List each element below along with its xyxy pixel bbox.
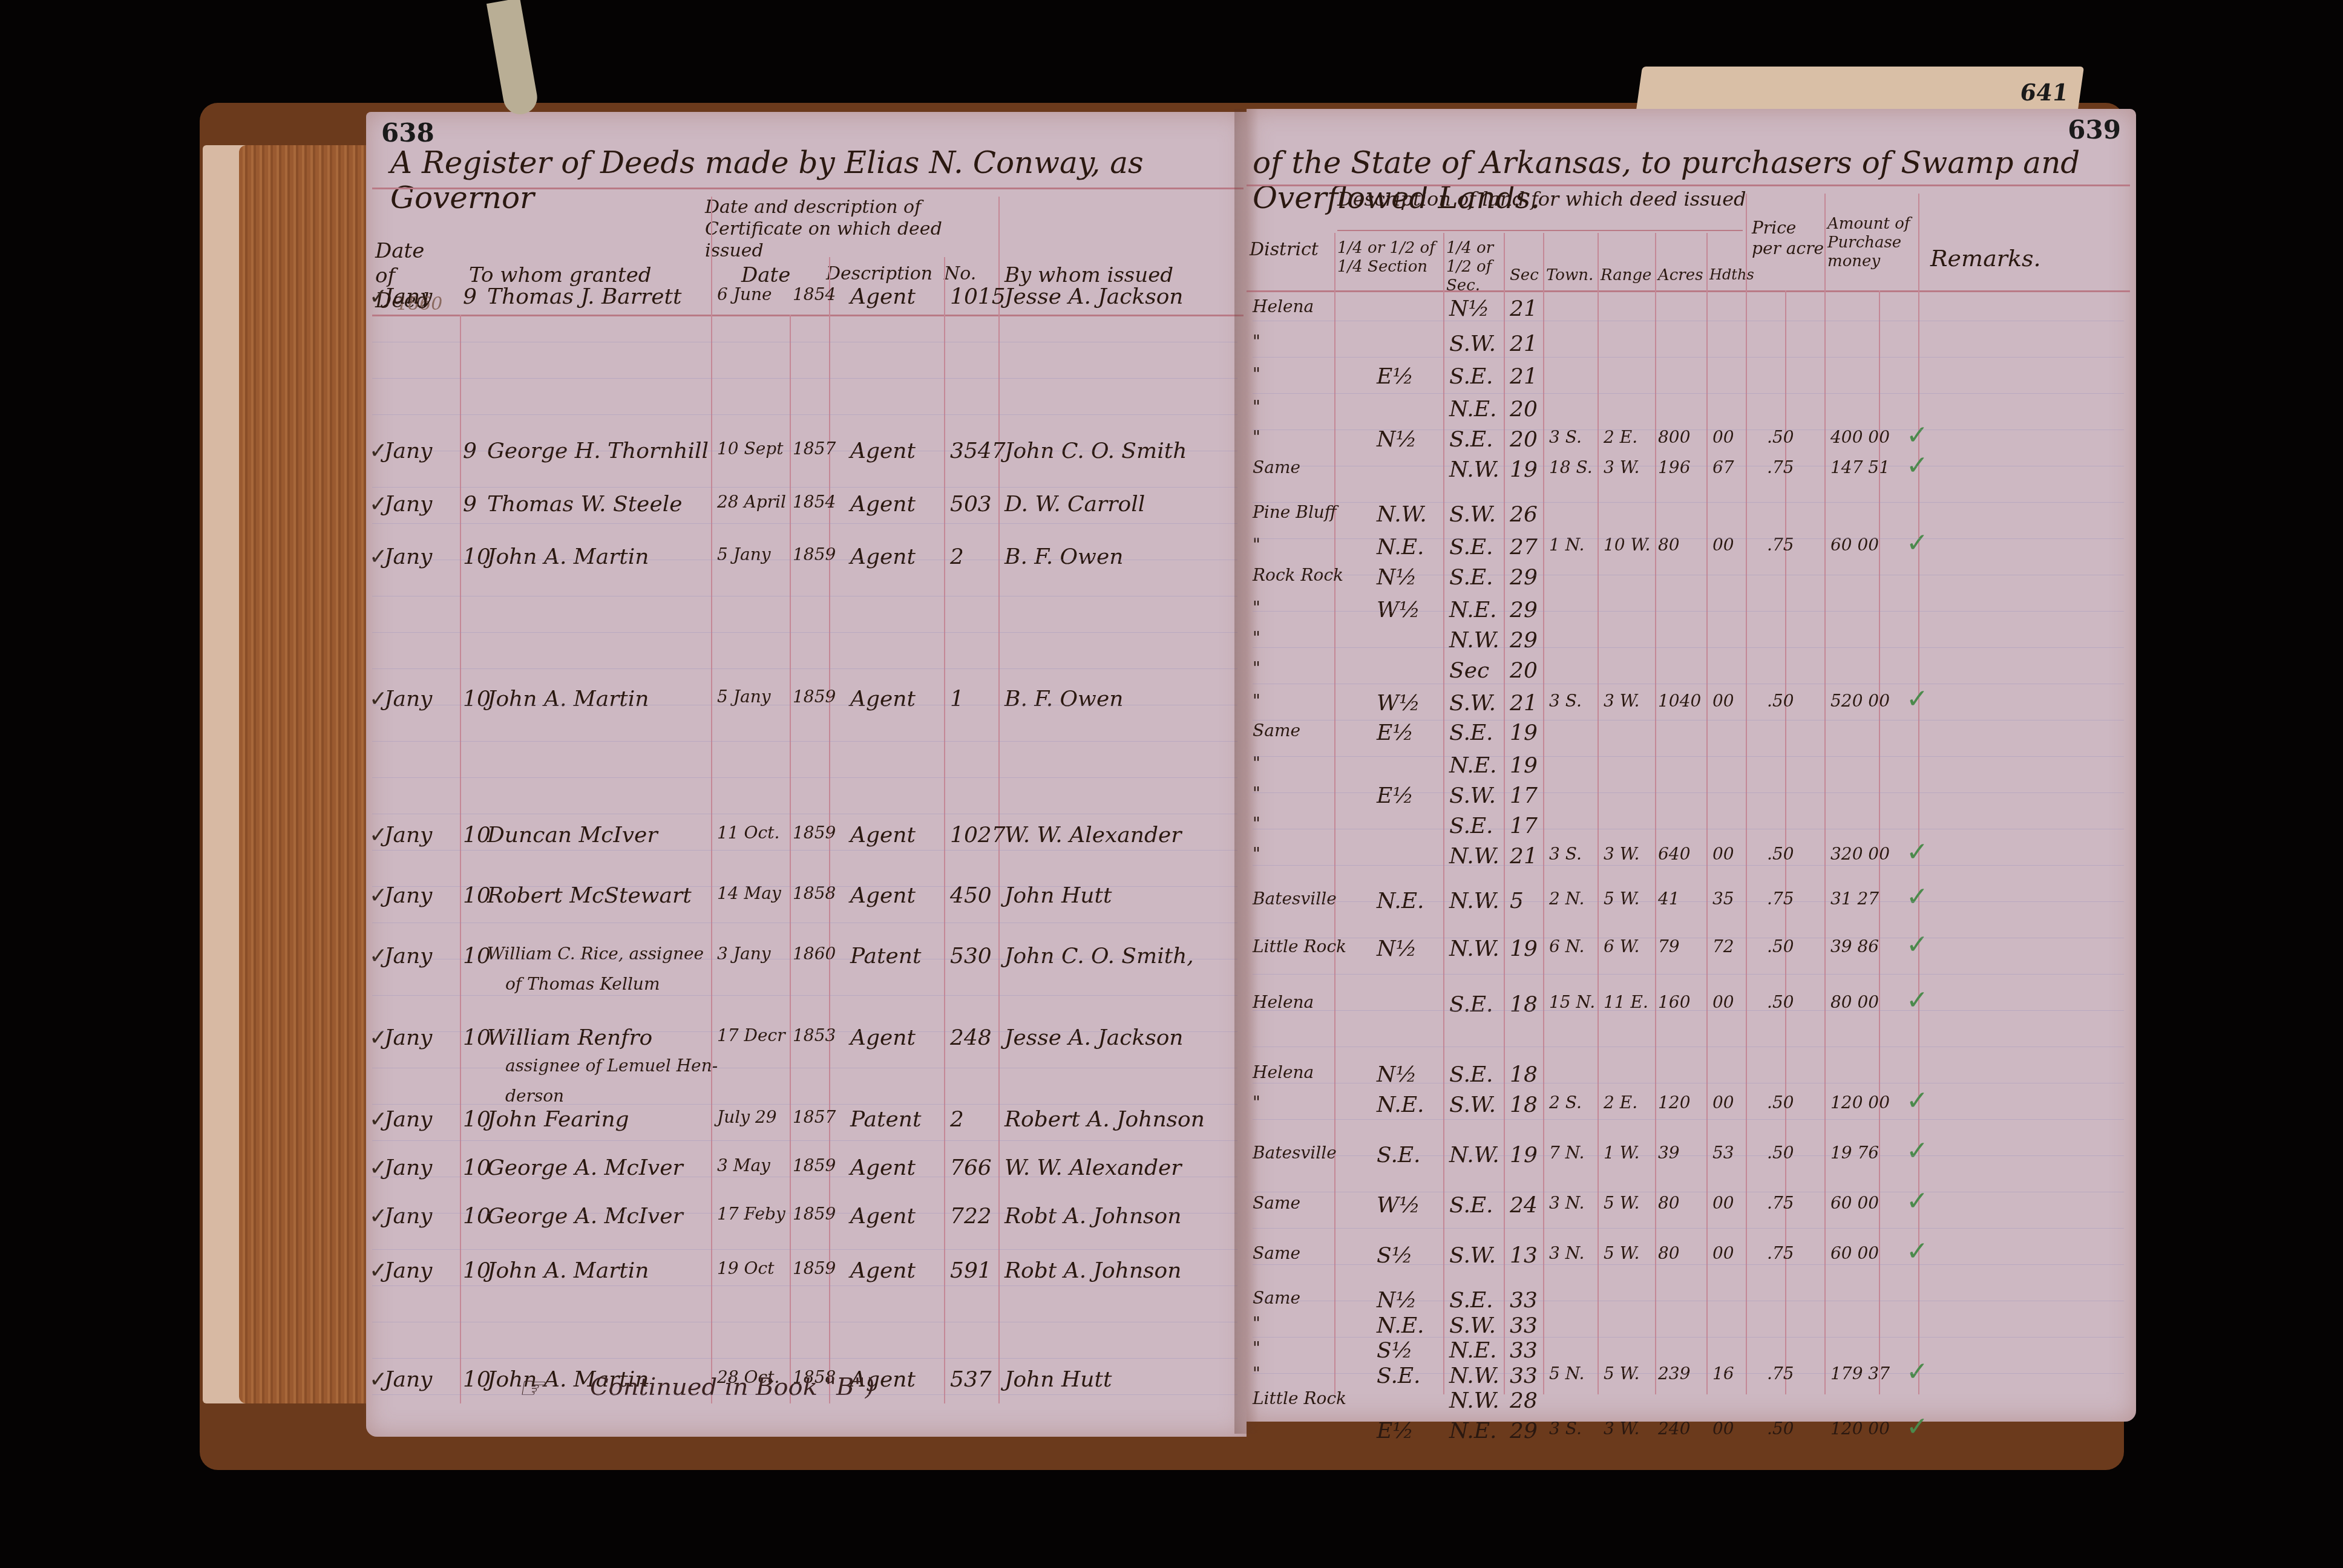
quarter-of-section: S.W.	[1449, 691, 1496, 716]
ruled-line	[372, 487, 1237, 488]
price-per-acre: .50	[1767, 844, 1794, 864]
green-check-icon: ✓	[1906, 528, 1928, 558]
price-per-acre: .75	[1767, 457, 1794, 477]
cert-year: 1859	[793, 1258, 836, 1278]
ruled-line	[372, 814, 1237, 814]
quarter-section: N½	[1377, 427, 1417, 452]
green-check-icon: ✓	[1906, 684, 1928, 714]
issued-by: D. W. Carroll	[1004, 492, 1145, 517]
header-bottom-rule	[1247, 290, 2130, 292]
section-number: 20	[1510, 427, 1538, 452]
issued-by: W. W. Alexander	[1004, 823, 1182, 848]
col-divider	[1443, 233, 1444, 1394]
quarter-of-section: S.E.	[1449, 992, 1493, 1017]
grantee-name: John Fearing	[487, 1107, 629, 1132]
purchase-amount: 60 00	[1830, 1243, 1879, 1263]
cert-number: 537	[950, 1367, 992, 1392]
header-rule	[1247, 185, 2130, 186]
quarter-section: N.W.	[1377, 502, 1427, 527]
district: Helena	[1253, 992, 1314, 1012]
col-divider	[1543, 233, 1544, 1394]
section-number: 20	[1510, 397, 1538, 422]
cert-description: Agent	[850, 687, 916, 711]
quarter-of-section: N.W.	[1449, 457, 1499, 482]
quarter-of-section: S.E.	[1449, 1193, 1493, 1218]
green-check-icon: ✓	[1906, 1356, 1928, 1387]
ruled-line	[372, 632, 1237, 633]
township: 3 S.	[1549, 844, 1582, 864]
ruled-line	[1253, 1264, 2124, 1265]
hundredths: 35	[1712, 889, 1734, 909]
grantee-name-cont: assignee of Lemuel Hen-	[505, 1056, 718, 1076]
purchase-amount: 31 27	[1830, 889, 1879, 909]
township: 3 N.	[1549, 1193, 1584, 1213]
range: 3 W.	[1604, 1419, 1640, 1439]
hundredths: 67	[1712, 457, 1734, 477]
quarter-of-section: S.E.	[1449, 565, 1493, 590]
col-divider	[1655, 233, 1656, 1394]
grantee-name: John A. Martin	[487, 687, 649, 711]
ruled-line	[372, 668, 1237, 669]
township: 3 S.	[1549, 691, 1582, 711]
ruled-line	[372, 1285, 1237, 1286]
header-district: District	[1250, 239, 1319, 261]
acres: 79	[1658, 936, 1680, 956]
range: 5 W.	[1604, 889, 1640, 909]
purchase-amount: 39 86	[1830, 936, 1879, 956]
range: 10 W.	[1604, 535, 1650, 555]
header-amount: Amount of Purchase money	[1827, 215, 1918, 272]
ruled-line	[1253, 865, 2124, 866]
price-per-acre: .50	[1767, 936, 1794, 956]
acres: 80	[1658, 1243, 1680, 1263]
deed-day: 10	[463, 1204, 491, 1229]
header-acres: Acres	[1658, 266, 1703, 285]
deed-month: Jany	[384, 1258, 432, 1283]
hundredths: 00	[1712, 691, 1734, 711]
acres: 1040	[1658, 691, 1701, 711]
quarter-of-section: N.W.	[1449, 936, 1499, 961]
col-divider	[1334, 233, 1335, 1394]
range: 1 W.	[1604, 1143, 1640, 1163]
township: 2 N.	[1549, 889, 1584, 909]
district: Batesville	[1253, 1143, 1337, 1163]
cert-date: 19 Oct	[717, 1258, 774, 1278]
section-number: 29	[1510, 628, 1538, 653]
hundredths: 00	[1712, 844, 1734, 864]
section-number: 18	[1510, 1093, 1538, 1117]
issued-by: Jesse A. Jackson	[1004, 284, 1184, 309]
cert-number: 503	[950, 492, 992, 517]
quarter-of-section: N.E.	[1449, 397, 1496, 422]
cert-number: 2	[950, 1107, 964, 1132]
range: 11 E.	[1604, 992, 1648, 1012]
cert-date: 17 Decr	[717, 1025, 785, 1045]
quarter-section: N½	[1377, 936, 1417, 961]
quarter-of-section: S.W.	[1449, 1093, 1496, 1117]
quarter-section: W½	[1377, 691, 1420, 716]
price-per-acre: .75	[1767, 1193, 1794, 1213]
price-per-acre: .75	[1767, 1243, 1794, 1263]
township: 6 N.	[1549, 936, 1584, 956]
district: Little Rock	[1253, 1388, 1346, 1408]
quarter-of-section: N½	[1449, 296, 1489, 321]
ruled-line	[372, 1394, 1237, 1395]
quarter-of-section: N.E.	[1449, 1419, 1496, 1443]
cert-number: 722	[950, 1204, 992, 1229]
grantee-name-cont: of Thomas Kellum	[505, 974, 660, 994]
cert-number: 450	[950, 883, 992, 908]
price-per-acre: .75	[1767, 889, 1794, 909]
cert-description: Agent	[850, 284, 916, 309]
cert-description: Agent	[850, 883, 916, 908]
quarter-section: W½	[1377, 598, 1420, 622]
ruled-line	[1253, 1301, 2124, 1301]
col-divider	[460, 315, 461, 1403]
ruled-line	[372, 451, 1237, 451]
ruled-line	[1253, 321, 2124, 321]
right-page: 639 of the State of Arkansas, to purchas…	[1247, 109, 2136, 1422]
purchase-amount: 60 00	[1830, 535, 1879, 555]
quarter-of-section: S.W.	[1449, 783, 1496, 808]
range: 3 W.	[1604, 844, 1640, 864]
ruled-line	[372, 378, 1237, 379]
section-number: 19	[1510, 720, 1538, 745]
purchase-amount: 120 00	[1830, 1093, 1890, 1112]
deed-month: Jany	[384, 687, 432, 711]
section-number: 20	[1510, 658, 1538, 683]
deed-day: 10	[463, 1025, 491, 1050]
cert-number: 2	[950, 544, 964, 569]
section-number: 33	[1510, 1364, 1538, 1388]
subheader-rule	[1337, 230, 1743, 231]
ruled-line	[1253, 466, 2124, 466]
quarter-section: E½	[1377, 1419, 1414, 1443]
deed-month: Jany	[384, 284, 432, 309]
col-divider	[790, 315, 791, 1403]
ruled-line	[1253, 538, 2124, 539]
issued-by: B. F. Owen	[1004, 544, 1123, 569]
grantee-name: William C. Rice, assignee	[487, 944, 704, 964]
page-edges	[239, 145, 372, 1403]
deed-month: Jany	[384, 944, 432, 969]
ruled-line	[372, 959, 1237, 959]
purchase-amount: 19 76	[1830, 1143, 1879, 1163]
cert-number: 591	[950, 1258, 992, 1283]
section-number: 17	[1510, 783, 1538, 808]
quarter-of-section: S.E.	[1449, 814, 1493, 838]
section-number: 29	[1510, 598, 1538, 622]
quarter-section: E½	[1377, 720, 1414, 745]
quarter-section: E½	[1377, 783, 1414, 808]
ruled-line	[1253, 938, 2124, 938]
deed-day: 10	[463, 944, 491, 969]
purchase-amount: 320 00	[1830, 844, 1890, 864]
quarter-section: N.E.	[1377, 1093, 1424, 1117]
ruled-line	[372, 1177, 1237, 1177]
hundredths: 00	[1712, 1243, 1734, 1263]
cert-date: 11 Oct.	[717, 823, 779, 843]
header-range: Range	[1601, 266, 1651, 285]
grantee-name-cont: derson	[505, 1086, 564, 1106]
header-certificate-group: Date and description of Certificate on w…	[705, 197, 995, 262]
cert-description: Patent	[850, 1107, 922, 1132]
header-land-group: Description of land for which deed issue…	[1337, 188, 1746, 211]
hundredths: 00	[1712, 535, 1734, 555]
price-per-acre: .50	[1767, 691, 1794, 711]
book-gutter	[1234, 109, 1259, 1434]
col-divider	[944, 257, 945, 1403]
range: 5 W.	[1604, 1243, 1640, 1263]
header-hdths: Hdths	[1709, 266, 1754, 284]
quarter-of-section: N.E.	[1449, 753, 1496, 778]
district: Same	[1253, 1193, 1300, 1213]
grantee-name: William Renfro	[487, 1025, 652, 1050]
district: Helena	[1253, 296, 1314, 316]
deed-month: Jany	[384, 883, 432, 908]
section-number: 21	[1510, 296, 1538, 321]
cert-year: 1859	[793, 823, 836, 843]
cert-date: 10 Sept	[717, 439, 783, 459]
section-number: 19	[1510, 753, 1538, 778]
header-town: Town.	[1546, 266, 1593, 285]
price-per-acre: .50	[1767, 992, 1794, 1012]
quarter-of-section: N.E.	[1449, 1338, 1496, 1363]
quarter-of-section: S.W.	[1449, 1313, 1496, 1338]
ruled-line	[372, 560, 1237, 560]
deed-month: Jany	[384, 1107, 432, 1132]
quarter-of-section: S.E.	[1449, 364, 1493, 389]
price-per-acre: .50	[1767, 1419, 1794, 1439]
cert-date: 17 Feby	[717, 1204, 785, 1224]
acres: 80	[1658, 1193, 1680, 1213]
district: Same	[1253, 1288, 1300, 1308]
col-divider	[1746, 194, 1747, 1394]
range: 6 W.	[1604, 936, 1640, 956]
ruled-line	[372, 1140, 1237, 1141]
issued-by: Jesse A. Jackson	[1004, 1025, 1184, 1050]
cert-date: July 29	[717, 1107, 777, 1127]
cert-year: 1859	[793, 544, 836, 564]
district: Same	[1253, 720, 1300, 740]
section-number: 29	[1510, 1419, 1538, 1443]
cert-number: 1015	[950, 284, 1006, 309]
ruled-line	[372, 777, 1237, 778]
acres: 196	[1658, 457, 1690, 477]
quarter-of-section: N.E.	[1449, 598, 1496, 622]
deed-day: 10	[463, 823, 491, 848]
quarter-section: N½	[1377, 565, 1417, 590]
cert-date: 28 April	[717, 492, 786, 512]
green-check-icon: ✓	[1906, 1186, 1928, 1217]
ruled-line	[372, 923, 1237, 923]
deed-day: 9	[463, 284, 477, 309]
continued-note: Continued in Book "B")	[590, 1373, 874, 1401]
section-number: 28	[1510, 1388, 1538, 1413]
ruled-line	[1253, 1010, 2124, 1011]
ruled-line	[372, 414, 1237, 415]
cert-description: Agent	[850, 544, 916, 569]
header-cert-description: Description	[826, 263, 932, 285]
township: 2 S.	[1549, 1093, 1582, 1112]
cert-number: 248	[950, 1025, 992, 1050]
issued-by: John C. O. Smith,	[1004, 944, 1194, 969]
section-number: 33	[1510, 1313, 1538, 1338]
cert-description: Agent	[850, 823, 916, 848]
price-per-acre: .50	[1767, 1143, 1794, 1163]
col-divider	[1706, 233, 1708, 1394]
cert-number: 1027	[950, 823, 1006, 848]
acres: 120	[1658, 1093, 1690, 1112]
purchase-amount: 147 51	[1830, 457, 1890, 477]
cert-date: 6 June	[717, 284, 772, 304]
ruled-line	[1253, 357, 2124, 358]
township: 18 S.	[1549, 457, 1593, 477]
cert-year: 1854	[793, 284, 836, 304]
page-number-next: 641	[2019, 79, 2071, 106]
section-number: 21	[1510, 691, 1538, 716]
ruled-line	[372, 1031, 1237, 1032]
ruled-line	[1253, 1228, 2124, 1229]
ruled-line	[372, 1213, 1237, 1214]
grantee-name: John A. Martin	[487, 1258, 649, 1283]
section-number: 21	[1510, 364, 1538, 389]
district: Same	[1253, 457, 1300, 477]
ruled-line	[1253, 756, 2124, 757]
ruled-line	[372, 1104, 1237, 1105]
district: Same	[1253, 1243, 1300, 1263]
green-check-icon: ✓	[1906, 1135, 1928, 1166]
section-number: 33	[1510, 1338, 1538, 1363]
quarter-of-section: Sec	[1449, 658, 1489, 683]
ruled-line	[1253, 502, 2124, 503]
price-per-acre: .50	[1767, 1093, 1794, 1112]
ruled-line	[1253, 829, 2124, 829]
ruled-line	[1253, 611, 2124, 612]
header-quarter-of-sec: 1/4 or 1/2 of Sec.	[1446, 239, 1507, 296]
township: 3 N.	[1549, 1243, 1584, 1263]
deed-day: 10	[463, 544, 491, 569]
purchase-amount: 80 00	[1830, 992, 1879, 1012]
deed-month: Jany	[384, 1025, 432, 1050]
ruled-line	[1253, 720, 2124, 720]
header-remarks: Remarks.	[1930, 245, 2041, 273]
quarter-section: S.E.	[1377, 1364, 1421, 1388]
metal-page-clip	[487, 0, 540, 117]
deed-month: Jany	[384, 492, 432, 517]
col-divider	[1504, 233, 1505, 1394]
section-number: 18	[1510, 992, 1538, 1017]
ruled-line	[372, 850, 1237, 851]
purchase-amount: 60 00	[1830, 1193, 1879, 1213]
grantee-name: George A. McIver	[487, 1204, 683, 1229]
cert-year: 1857	[793, 1107, 836, 1127]
issued-by: John Hutt	[1004, 1367, 1112, 1392]
price-per-acre: .75	[1767, 535, 1794, 555]
col-divider	[1597, 233, 1599, 1394]
acres: 80	[1658, 535, 1680, 555]
ruled-line	[1253, 1155, 2124, 1156]
range: 5 W.	[1604, 1193, 1640, 1213]
hundredths: 72	[1712, 936, 1734, 956]
acres: 240	[1658, 1419, 1690, 1439]
ruled-line	[1253, 1119, 2124, 1120]
hundredths: 00	[1712, 1093, 1734, 1112]
deed-day: 10	[463, 1258, 491, 1283]
page-number-left: 638	[381, 118, 434, 148]
left-page: 638 A Register of Deeds made by Elias N.…	[366, 112, 1247, 1437]
ruled-line	[1253, 575, 2124, 575]
ruled-line	[1253, 684, 2124, 684]
issued-by: B. F. Owen	[1004, 687, 1123, 711]
ruled-line	[372, 995, 1237, 996]
green-check-icon: ✓	[1906, 881, 1928, 912]
grantee-name: John A. Martin	[487, 544, 649, 569]
cert-date: 5 Jany	[717, 687, 770, 707]
ruled-line	[372, 741, 1237, 742]
ruled-line	[1253, 430, 2124, 430]
deed-month: Jany	[384, 823, 432, 848]
ruled-line	[1253, 1083, 2124, 1083]
acres: 39	[1658, 1143, 1680, 1163]
grantee-name: Thomas W. Steele	[487, 492, 683, 517]
header-cert-no: No.	[944, 263, 976, 285]
quarter-section: S½	[1377, 1338, 1413, 1363]
green-check-icon: ✓	[1906, 420, 1928, 451]
section-number: 21	[1510, 332, 1538, 356]
header-price-per-acre: Price per acre	[1752, 218, 1824, 258]
ruled-line	[1253, 974, 2124, 975]
col-divider	[1879, 290, 1880, 1394]
cert-year: 1859	[793, 687, 836, 707]
ruled-line	[372, 1322, 1237, 1322]
hundredths: 00	[1712, 992, 1734, 1012]
header-quarter-section: 1/4 or 1/2 of 1/4 Section	[1337, 239, 1440, 276]
ruled-line	[372, 523, 1237, 524]
quarter-of-section: N.W.	[1449, 628, 1499, 653]
deed-month: Jany	[384, 1204, 432, 1229]
cert-number: 530	[950, 944, 992, 969]
ruled-line	[1253, 393, 2124, 394]
ruled-line	[1253, 792, 2124, 793]
hundredths: 53	[1712, 1143, 1734, 1163]
section-number: 24	[1510, 1193, 1538, 1218]
ruled-line	[1253, 1373, 2124, 1374]
range: 3 W.	[1604, 691, 1640, 711]
ruled-line	[372, 1358, 1237, 1359]
green-check-icon: ✓	[1906, 1411, 1928, 1442]
deed-day: 10	[463, 687, 491, 711]
ruled-line	[372, 1068, 1237, 1068]
ruled-line	[1253, 901, 2124, 902]
district: Batesville	[1253, 889, 1337, 909]
col-divider	[1824, 194, 1826, 1394]
cert-number: 1	[950, 687, 964, 711]
ruled-line	[1253, 1337, 2124, 1338]
section-number: 17	[1510, 814, 1538, 838]
township: 1 N.	[1549, 535, 1584, 555]
page-number-right: 639	[2068, 115, 2121, 145]
acres: 640	[1658, 844, 1690, 864]
deed-day: 10	[463, 1367, 491, 1392]
green-check-icon: ✓	[1906, 929, 1928, 960]
purchase-amount: 120 00	[1830, 1419, 1890, 1439]
ruled-line	[1253, 647, 2124, 648]
cert-description: Agent	[850, 1204, 916, 1229]
cert-description: Agent	[850, 492, 916, 517]
issued-by: John Hutt	[1004, 883, 1112, 908]
header-bottom-rule	[372, 315, 1244, 316]
